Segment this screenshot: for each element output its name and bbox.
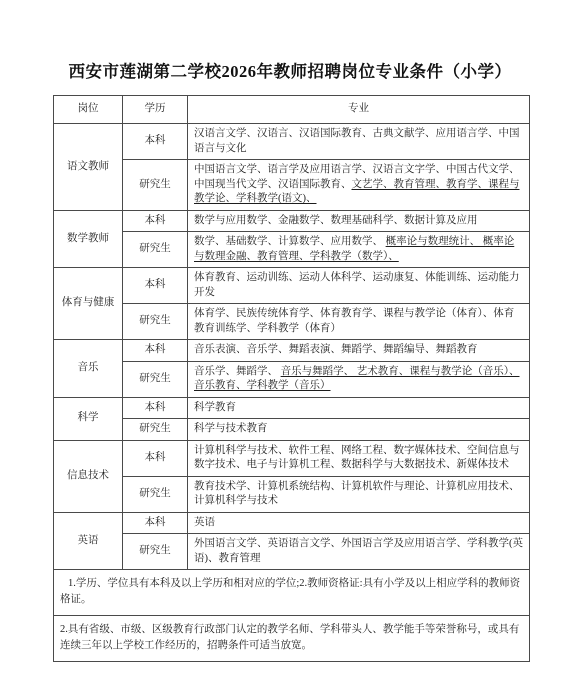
page-title: 西安市莲湖第二学校2026年教师招聘岗位专业条件（小学）	[0, 58, 580, 82]
major-text: 计算机科学与技术、软件工程、网络工程、数字媒体技术、空间信息与数字技术、电子与计…	[194, 445, 520, 471]
major-cell: 科学教育	[188, 397, 530, 419]
header-education: 学历	[123, 96, 188, 124]
major-cell: 音乐表演、音乐学、舞蹈表演、舞蹈学、舞蹈编导、舞蹈教育	[188, 340, 530, 362]
education-cell: 研究生	[123, 160, 188, 211]
education-cell: 研究生	[123, 476, 188, 512]
table-row: 信息技术本科计算机科学与技术、软件工程、网络工程、数字媒体技术、空间信息与数字技…	[54, 440, 530, 476]
education-cell: 研究生	[123, 232, 188, 268]
major-text: 体育教育、运动训练、运动人体科学、运动康复、体能训练、运动能力开发	[194, 272, 520, 298]
document-page: 西安市莲湖第二学校2026年教师招聘岗位专业条件（小学） 岗位 学历 专业 语文…	[0, 0, 580, 680]
major-text: 数学与应用数学、金融数学、数理基础科学、数据计算及应用	[194, 215, 478, 226]
note-row: 2.具有省级、市级、区级教育行政部门认定的教学名师、学科带头人、教学能手等荣誉称…	[54, 616, 530, 662]
major-text: 科学教育	[194, 402, 236, 413]
major-cell: 科学与技术教育	[188, 419, 530, 441]
table-row: 研究生科学与技术教育	[54, 419, 530, 441]
table-row: 英语本科英语	[54, 512, 530, 534]
header-position: 岗位	[54, 96, 123, 124]
major-text: 外国语言文学、英语语言文学、外国语言学及应用语言学、学科教学(英语)、教育管理	[194, 538, 523, 564]
education-cell: 本科	[123, 210, 188, 232]
table-row: 研究生教育技术学、计算机系统结构、计算机软件与理论、计算机应用技术、计算机科学与…	[54, 476, 530, 512]
education-cell: 研究生	[123, 534, 188, 570]
major-text: 汉语言文学、汉语言、汉语国际教育、古典文献学、应用语言学、中国语言与文化	[194, 128, 520, 154]
position-cell: 语文教师	[54, 124, 123, 211]
header-row: 岗位 学历 专业	[54, 96, 530, 124]
education-cell: 研究生	[123, 419, 188, 441]
position-cell: 体育与健康	[54, 268, 123, 340]
major-cell: 外国语言文学、英语语言文学、外国语言学及应用语言学、学科教学(英语)、教育管理	[188, 534, 530, 570]
major-text: 数学、基础数学、计算数学、应用数学、	[194, 236, 386, 247]
major-cell: 体育教育、运动训练、运动人体科学、运动康复、体能训练、运动能力开发	[188, 268, 530, 304]
note-text: 2.具有省级、市级、区级教育行政部门认定的教学名师、学科带头人、教学能手等荣誉称…	[54, 616, 530, 662]
table-row: 研究生音乐学、舞蹈学、 音乐与舞蹈学、 艺术教育、课程与教学论（音乐）、音乐教育…	[54, 361, 530, 397]
header-major: 专业	[188, 96, 530, 124]
major-cell: 数学与应用数学、金融数学、数理基础科学、数据计算及应用	[188, 210, 530, 232]
major-text: 音乐表演、音乐学、舞蹈表演、舞蹈学、舞蹈编导、舞蹈教育	[194, 344, 478, 355]
education-cell: 本科	[123, 268, 188, 304]
education-cell: 研究生	[123, 361, 188, 397]
major-cell: 汉语言文学、汉语言、汉语国际教育、古典文献学、应用语言学、中国语言与文化	[188, 124, 530, 160]
position-cell: 科学	[54, 397, 123, 440]
major-cell: 数学、基础数学、计算数学、应用数学、 概率论与数理统计、 概率论与数理金融、教育…	[188, 232, 530, 268]
note-row: 1.学历、学位具有本科及以上学历和相对应的学位;2.教师资格证:具有小学及以上相…	[54, 570, 530, 616]
table-header: 岗位 学历 专业	[54, 96, 530, 124]
requirements-table: 岗位 学历 专业 语文教师本科汉语言文学、汉语言、汉语国际教育、古典文献学、应用…	[53, 95, 530, 662]
table-row: 数学教师本科数学与应用数学、金融数学、数理基础科学、数据计算及应用	[54, 210, 530, 232]
education-cell: 本科	[123, 340, 188, 362]
table-row: 研究生数学、基础数学、计算数学、应用数学、 概率论与数理统计、 概率论与数理金融…	[54, 232, 530, 268]
table-row: 研究生体育学、民族传统体育学、体育教育学、课程与教学论（体育）、体育教育训练学、…	[54, 304, 530, 340]
major-cell: 计算机科学与技术、软件工程、网络工程、数字媒体技术、空间信息与数字技术、电子与计…	[188, 440, 530, 476]
major-cell: 教育技术学、计算机系统结构、计算机软件与理论、计算机应用技术、计算机科学与技术	[188, 476, 530, 512]
education-cell: 研究生	[123, 304, 188, 340]
position-cell: 英语	[54, 512, 123, 570]
education-cell: 本科	[123, 512, 188, 534]
table-row: 研究生中国语言文学、语言学及应用语言学、汉语言文字学、中国古代文学、中国现当代文…	[54, 160, 530, 211]
table-row: 科学本科科学教育	[54, 397, 530, 419]
position-cell: 数学教师	[54, 210, 123, 268]
position-cell: 信息技术	[54, 440, 123, 512]
table-body: 语文教师本科汉语言文学、汉语言、汉语国际教育、古典文献学、应用语言学、中国语言与…	[54, 124, 530, 662]
table-row: 音乐本科音乐表演、音乐学、舞蹈表演、舞蹈学、舞蹈编导、舞蹈教育	[54, 340, 530, 362]
major-text: 英语	[194, 517, 215, 528]
major-text: 体育学、民族传统体育学、体育教育学、课程与教学论（体育）、体育教育训练学、学科教…	[194, 308, 514, 334]
table-row: 语文教师本科汉语言文学、汉语言、汉语国际教育、古典文献学、应用语言学、中国语言与…	[54, 124, 530, 160]
table-row: 研究生外国语言文学、英语语言文学、外国语言学及应用语言学、学科教学(英语)、教育…	[54, 534, 530, 570]
table-row: 体育与健康本科体育教育、运动训练、运动人体科学、运动康复、体能训练、运动能力开发	[54, 268, 530, 304]
major-cell: 体育学、民族传统体育学、体育教育学、课程与教学论（体育）、体育教育训练学、学科教…	[188, 304, 530, 340]
major-cell: 音乐学、舞蹈学、 音乐与舞蹈学、 艺术教育、课程与教学论（音乐）、音乐教育、学科…	[188, 361, 530, 397]
education-cell: 本科	[123, 397, 188, 419]
major-text: 音乐学、舞蹈学、	[194, 366, 281, 377]
major-text: 科学与技术教育	[194, 423, 268, 434]
education-cell: 本科	[123, 124, 188, 160]
major-cell: 中国语言文学、语言学及应用语言学、汉语言文字学、中国古代文学、中国现当代文学、汉…	[188, 160, 530, 211]
note-text: 1.学历、学位具有本科及以上学历和相对应的学位;2.教师资格证:具有小学及以上相…	[54, 570, 530, 616]
education-cell: 本科	[123, 440, 188, 476]
major-cell: 英语	[188, 512, 530, 534]
major-text: 教育技术学、计算机系统结构、计算机软件与理论、计算机应用技术、计算机科学与技术	[194, 481, 520, 507]
position-cell: 音乐	[54, 340, 123, 398]
